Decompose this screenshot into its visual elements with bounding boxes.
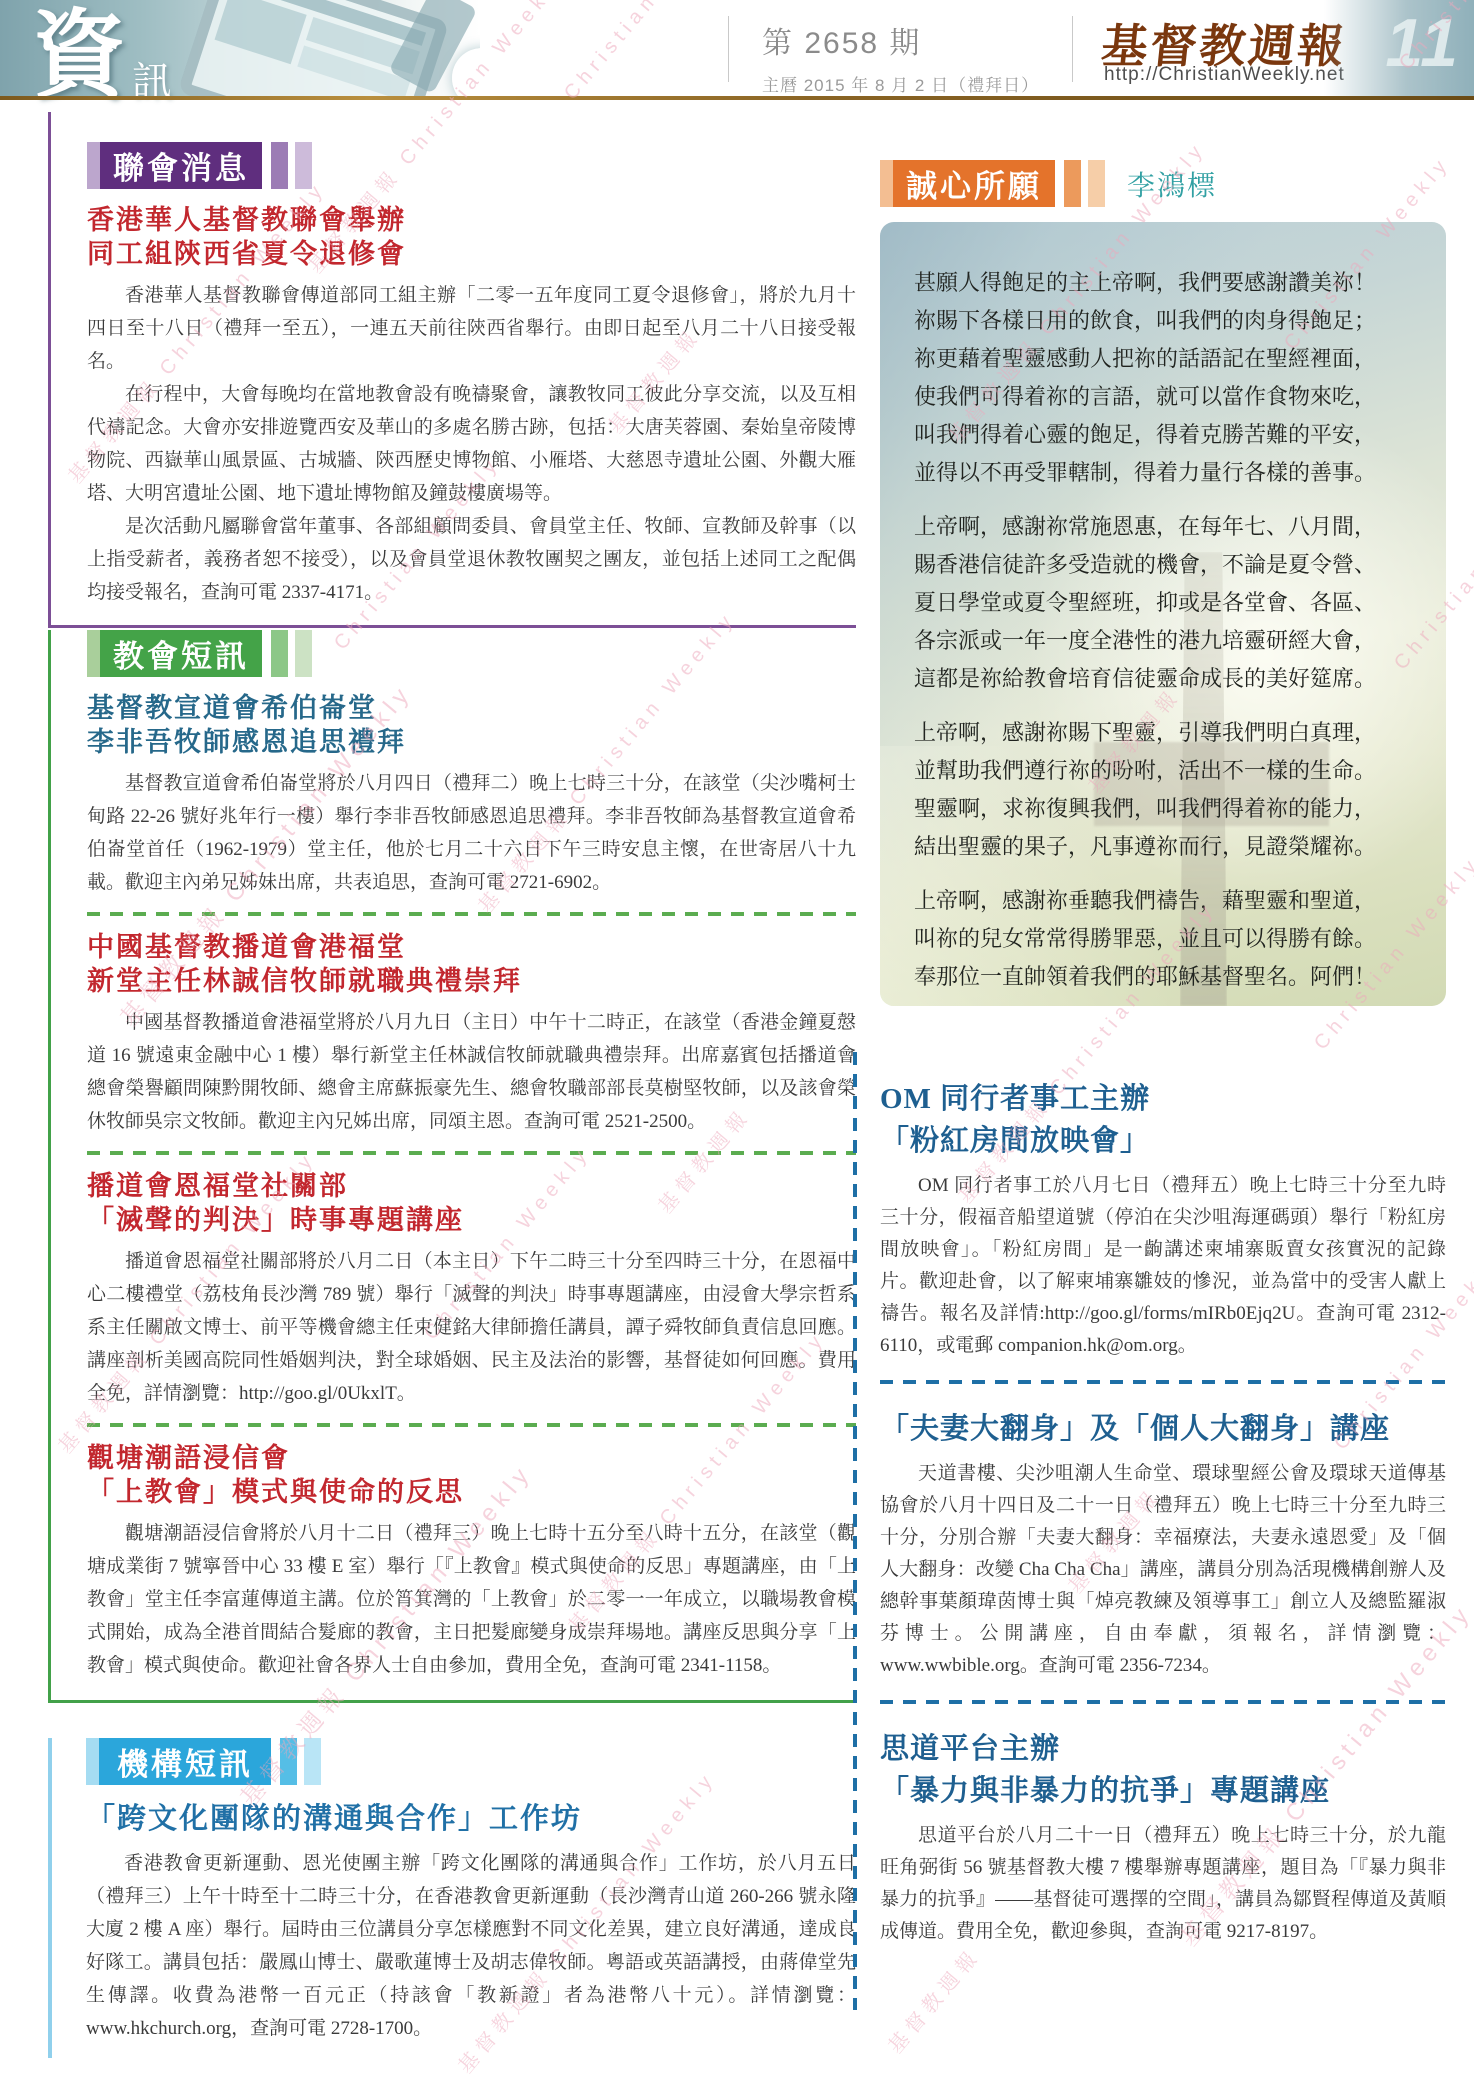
article-heading-line: 香港華人基督教聯會舉辦 [87, 203, 856, 237]
header-divider-line [1072, 16, 1073, 82]
article-heading-line: 李非吾牧師感恩追思禮拜 [87, 725, 856, 759]
header-accent-square [280, 1738, 297, 1785]
header-accent-square [304, 1738, 321, 1785]
dashed-separator [87, 912, 856, 916]
article-paragraph: 在行程中，大會每晚均在當地教會設有晚禱聚會，讓教牧同工彼此分享交流，以及互相代禱… [87, 378, 856, 510]
section-title: 教會短訊 [100, 630, 262, 677]
article: 中國基督教播道會港福堂 新堂主任林誠信牧師就職典禮崇拜 中國基督教播道會港福堂將… [87, 930, 856, 1138]
header-accent-square [295, 142, 312, 189]
article-paragraph: 思道平台於八月二十一日（禮拜五）晚上七時三十分，於九龍旺角弼街 56 號基督教大… [880, 1820, 1446, 1948]
dashed-separator [87, 1151, 856, 1155]
watermark-text: 基督教週報 [880, 1940, 986, 2058]
article: 香港華人基督教聯會舉辦 同工組陝西省夏令退修會 香港華人基督教聯會傳道部同工組主… [87, 203, 856, 609]
prayer-paragraph: 甚願人得飽足的主上帝啊，我們要感謝讚美祢！ 祢賜下各樣日用的飲食，叫我們的肉身得… [914, 264, 1416, 492]
section-header-church: 教會短訊 [87, 630, 856, 677]
prayer-author: 李鴻標 [1127, 164, 1217, 204]
prayer-paragraph: 上帝啊，感謝祢常施恩惠，在每年七、八月間， 賜香港信徒許多受造就的機會，不論是夏… [914, 508, 1416, 698]
section-union-news: 聯會消息 香港華人基督教聯會舉辦 同工組陝西省夏令退修會 香港華人基督教聯會傳道… [48, 112, 856, 628]
article-heading: OM 同行者事工主辦 「粉紅房間放映會」 [880, 1078, 1446, 1162]
header-accent-bar [87, 142, 100, 189]
article-heading-line: 「跨文化團隊的溝通與合作」工作坊 [86, 1799, 856, 1839]
article-heading-line: 同工組陝西省夏令退修會 [87, 237, 856, 271]
article-heading: 思道平台主辦 「暴力與非暴力的抗爭」專題講座 [880, 1728, 1446, 1812]
section-church-news: 教會短訊 基督教宣道會希伯崙堂 李非吾牧師感恩追思禮拜 基督教宣道會希伯崙堂將於… [48, 630, 856, 1703]
article: 播道會恩福堂社關部 「滅聲的判決」時事專題講座 播道會恩福堂社關部將於八月二日（… [87, 1169, 856, 1410]
article-heading: 中國基督教播道會港福堂 新堂主任林誠信牧師就職典禮崇拜 [87, 930, 856, 998]
header-accent-bar [880, 160, 893, 207]
article-paragraph: 播道會恩福堂社關部將於八月二日（本主日）下午二時三十分至四時三十分，在恩福中心二… [87, 1245, 856, 1410]
page-header: 資 訊 第 2658 期 主曆 2015 年 8 月 2 日（禮拜日） 基督教週… [0, 0, 1474, 96]
article-paragraph: 香港教會更新運動、恩光使團主辦「跨文化團隊的溝通與合作」工作坊，於八月五日（禮拜… [86, 1847, 856, 2045]
article-heading: 基督教宣道會希伯崙堂 李非吾牧師感恩追思禮拜 [87, 691, 856, 759]
header-accent-bar [86, 1738, 99, 1785]
article-heading-line: 「暴力與非暴力的抗爭」專題講座 [880, 1770, 1446, 1812]
issue-number: 第 2658 期 [762, 18, 1039, 62]
article-paragraph: 基督教宣道會希伯崙堂將於八月四日（禮拜二）晚上七時三十分，在該堂（尖沙嘴柯士甸路… [87, 767, 856, 899]
article-heading-line: 基督教宣道會希伯崙堂 [87, 691, 856, 725]
column-divider-dashed [853, 1052, 857, 2010]
header-accent-square [1088, 160, 1105, 207]
article-heading-line: OM 同行者事工主辦 [880, 1078, 1446, 1120]
section-title: 誠心所願 [893, 160, 1055, 207]
prayer-paragraph: 上帝啊，感謝祢賜下聖靈，引導我們明白真理， 並幫助我們遵行祢的吩咐，活出不一樣的… [914, 714, 1416, 866]
header-accent-square [271, 142, 288, 189]
article: OM 同行者事工主辦 「粉紅房間放映會」 OM 同行者事工於八月七日（禮拜五）晚… [880, 1078, 1446, 1362]
header-accent-square [1064, 160, 1081, 207]
article-heading-line: 播道會恩福堂社關部 [87, 1169, 856, 1203]
article-heading-line: 「上教會」模式與使命的反思 [87, 1475, 856, 1509]
article-heading: 「夫妻大翻身」及「個人大翻身」講座 [880, 1408, 1446, 1450]
article-paragraph: 中國基督教播道會港福堂將於八月九日（主日）中午十二時正，在該堂（香港金鐘夏慤道 … [87, 1006, 856, 1138]
section-title: 聯會消息 [100, 142, 262, 189]
article-paragraph: 觀塘潮語浸信會將於八月十二日（禮拜三）晚上七時十五分至八時十五分，在該堂（觀塘成… [87, 1517, 856, 1682]
header-rule [0, 96, 1474, 100]
right-column: 誠心所願 李鴻標 甚願人得飽足的主上帝啊，我們要感謝讚美祢！ 祢賜下各樣日用的飲… [880, 118, 1446, 1948]
article-paragraph: 是次活動凡屬聯會當年董事、各部組顧問委員、會員堂主任、牧師、宣教師及幹事（以上指… [87, 510, 856, 609]
article-heading-line: 「粉紅房間放映會」 [880, 1120, 1446, 1162]
article-paragraph: 天道書樓、尖沙咀潮人生命堂、環球聖經公會及環球天道傳基協會於八月十四日及二十一日… [880, 1458, 1446, 1682]
dashed-separator [87, 1423, 856, 1427]
section-organization-news: 機構短訊 「跨文化團隊的溝通與合作」工作坊 香港教會更新運動、恩光使團主辦「跨文… [48, 1738, 856, 2058]
page-number: 11 [1385, 4, 1460, 82]
dashed-separator [880, 1700, 1446, 1704]
article-paragraph: OM 同行者事工於八月七日（禮拜五）晚上七時三十分至九時三十分，假福音船望道號（… [880, 1170, 1446, 1362]
issue-date: 主曆 2015 年 8 月 2 日（禮拜日） [762, 71, 1039, 96]
section-tag-large: 資 [32, 8, 126, 102]
section-header-organization: 機構短訊 [86, 1738, 856, 1785]
article: 觀塘潮語浸信會 「上教會」模式與使命的反思 觀塘潮語浸信會將於八月十二日（禮拜三… [87, 1441, 856, 1682]
header-accent-square [271, 630, 288, 677]
article: 「跨文化團隊的溝通與合作」工作坊 香港教會更新運動、恩光使團主辦「跨文化團隊的溝… [86, 1799, 856, 2045]
article-heading-line: 新堂主任林誠信牧師就職典禮崇拜 [87, 964, 856, 998]
dashed-separator [880, 1380, 1446, 1384]
prayer-header-row: 誠心所願 李鴻標 [880, 160, 1446, 207]
article-heading-line: 思道平台主辦 [880, 1728, 1446, 1770]
article-heading-line: 觀塘潮語浸信會 [87, 1441, 856, 1475]
header-accent-bar [87, 630, 100, 677]
article-heading: 播道會恩福堂社關部 「滅聲的判決」時事專題講座 [87, 1169, 856, 1237]
header-divider-line [728, 16, 729, 82]
article-heading: 「跨文化團隊的溝通與合作」工作坊 [86, 1799, 856, 1839]
article-heading-line: 「夫妻大翻身」及「個人大翻身」講座 [880, 1408, 1446, 1450]
article: 「夫妻大翻身」及「個人大翻身」講座 天道書樓、尖沙咀潮人生命堂、環球聖經公會及環… [880, 1408, 1446, 1682]
site-url: http://ChristianWeekly.net [1104, 64, 1345, 86]
article-paragraph: 香港華人基督教聯會傳道部同工組主辦「二零一五年度同工夏令退修會」，將於九月十四日… [87, 279, 856, 378]
section-header-union: 聯會消息 [87, 142, 856, 189]
coffee-cup-photo [452, 48, 480, 96]
section-header-prayer: 誠心所願 [880, 160, 1105, 207]
tablet-screen-block [215, 0, 307, 64]
section-title: 機構短訊 [99, 1738, 271, 1785]
newspaper-page: Christian Weekly 基督教週報 Christian Weekly … [0, 0, 1474, 2097]
prayer-paragraph: 上帝啊，感謝祢垂聽我們禱告，藉聖靈和聖道， 叫祢的兒女常常得勝罪惡，並且可以得勝… [914, 882, 1416, 996]
prayer-text: 甚願人得飽足的主上帝啊，我們要感謝讚美祢！ 祢賜下各樣日用的飲食，叫我們的肉身得… [880, 222, 1446, 996]
issue-block: 第 2658 期 主曆 2015 年 8 月 2 日（禮拜日） [762, 18, 1039, 96]
prayer-box: 甚願人得飽足的主上帝啊，我們要感謝讚美祢！ 祢賜下各樣日用的飲食，叫我們的肉身得… [880, 222, 1446, 1006]
article-heading-line: 中國基督教播道會港福堂 [87, 930, 856, 964]
article-heading: 觀塘潮語浸信會 「上教會」模式與使命的反思 [87, 1441, 856, 1509]
article-heading-line: 「滅聲的判決」時事專題講座 [87, 1203, 856, 1237]
header-accent-square [295, 630, 312, 677]
article-heading: 香港華人基督教聯會舉辦 同工組陝西省夏令退修會 [87, 203, 856, 271]
article: 基督教宣道會希伯崙堂 李非吾牧師感恩追思禮拜 基督教宣道會希伯崙堂將於八月四日（… [87, 691, 856, 899]
article: 思道平台主辦 「暴力與非暴力的抗爭」專題講座 思道平台於八月二十一日（禮拜五）晚… [880, 1728, 1446, 1948]
